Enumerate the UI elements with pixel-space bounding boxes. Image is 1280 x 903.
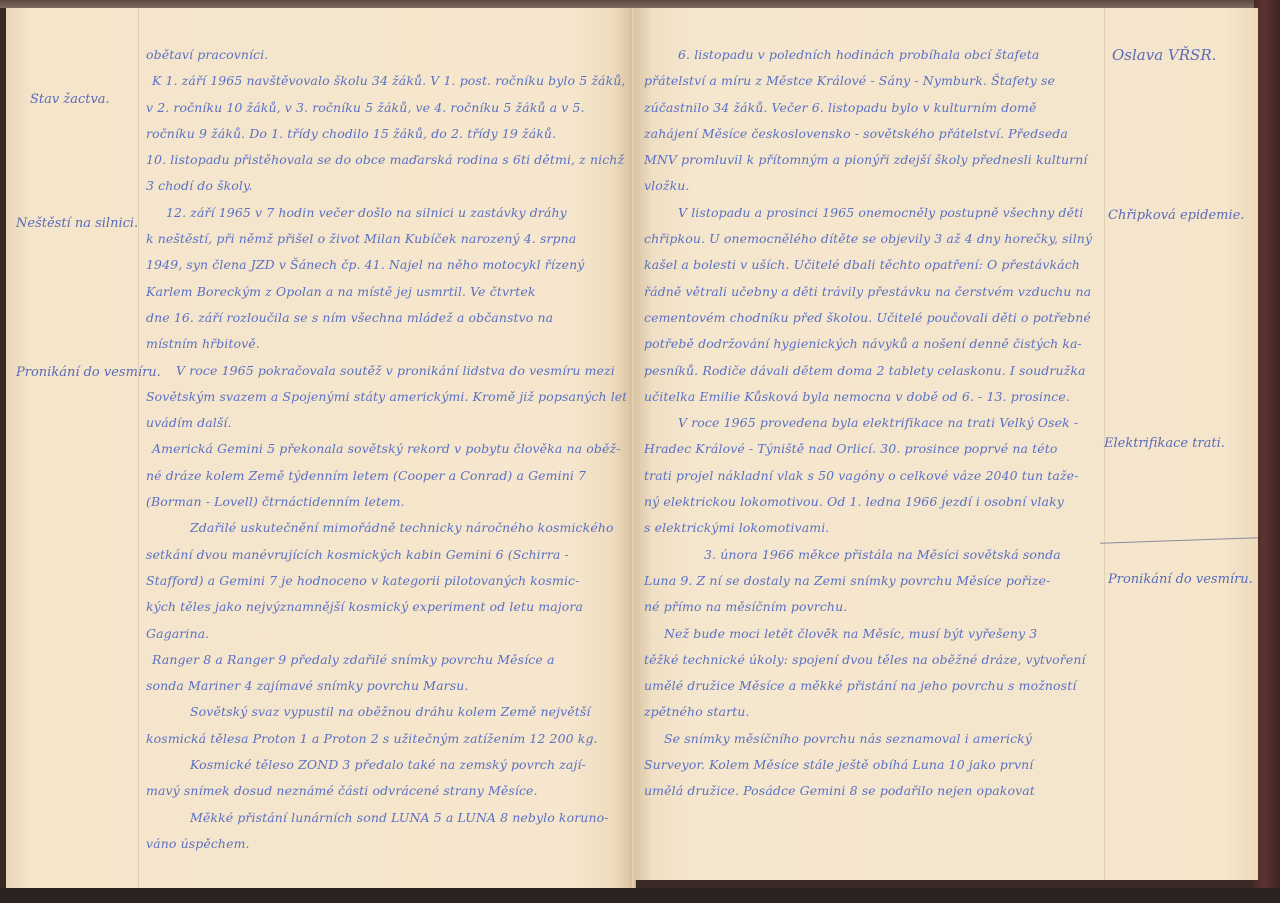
text-line: řádně větrali učebny a děti trávily přes… [644,279,1096,305]
margin-note-oslava-vrsr: Oslava VŘSR. [1112,46,1216,64]
text-line: dne 16. září rozloučila se s ním všechna… [146,305,626,331]
text-line: Sovětský svaz vypustil na oběžnou dráhu … [146,699,626,725]
right-page: Oslava VŘSR. Chřipková epidemie. Elektri… [634,8,1258,880]
text-line: Kosmické těleso ZOND 3 předalo také na z… [146,752,626,778]
text-line: kých těles jako nejvýznamnější kosmický … [146,594,626,620]
text-line: obětaví pracovníci. [146,42,626,68]
text-line: 3. února 1966 měkce přistála na Měsíci s… [644,542,1096,568]
text-line: Měkké přistání lunárních sond LUNA 5 a L… [146,805,626,831]
text-line: Než bude moci letět člověk na Měsíc, mus… [644,621,1096,647]
margin-note-chripkova-epidemie: Chřipková epidemie. [1108,208,1244,223]
book-bottom-shadow [0,888,1280,903]
text-line: chřipkou. U onemocnělého dítěte se objev… [644,226,1096,252]
text-line: v 2. ročníku 10 žáků, v 3. ročníku 5 žák… [146,95,626,121]
text-line: k neštěstí, při němž přišel o život Mila… [146,226,626,252]
text-line: pesníků. Rodiče dávali dětem doma 2 tabl… [644,358,1096,384]
margin-note-pronikani-do-vesmiru: Pronikání do vesmíru. [16,365,161,380]
text-line: Karlem Boreckým z Opolan a na místě jej … [146,279,626,305]
text-line: Zdařilé uskutečnění mimořádně technicky … [146,515,626,541]
text-line: Americká Gemini 5 překonala sovětský rek… [146,436,626,462]
book-spread: Stav žactva. Neštěstí na silnici. Pronik… [0,0,1280,903]
text-line: učitelka Emilie Kůsková byla nemocna v d… [644,384,1096,410]
text-line: zpětného startu. [644,699,1096,725]
text-line: váno úspěchem. [146,831,626,857]
right-page-handwritten-text: 6. listopadu v poledních hodinách probíh… [644,42,1096,805]
margin-rule [138,8,139,888]
text-line: Luna 9. Z ní se dostaly na Zemi snímky p… [644,568,1096,594]
left-page-handwritten-text: obětaví pracovníci. K 1. září 1965 navšt… [146,42,626,857]
text-line: sonda Mariner 4 zajímavé snímky povrchu … [146,673,626,699]
text-line: 12. září 1965 v 7 hodin večer došlo na s… [146,200,626,226]
text-line: ný elektrickou lokomotivou. Od 1. ledna … [644,489,1096,515]
text-line: né dráze kolem Země týdenním letem (Coop… [146,463,626,489]
text-line: MNV promluvil k přítomným a pionýři zdej… [644,147,1096,173]
text-line: K 1. září 1965 navštěvovalo školu 34 žák… [146,68,626,94]
text-line: s elektrickými lokomotivami. [644,515,1096,541]
text-line: V roce 1965 pokračovala soutěž v proniká… [146,358,626,384]
text-line: 10. listopadu přistěhovala se do obce ma… [146,147,626,173]
margin-note-nestesti-na-silnici: Neštěstí na silnici. [16,216,138,231]
text-line: zahájení Měsíce československo - sovětsk… [644,121,1096,147]
left-page: Stav žactva. Neštěstí na silnici. Pronik… [6,8,632,888]
text-line: 3 chodí do školy. [146,173,626,199]
book-cover-top-edge [0,0,1280,8]
text-line: V listopadu a prosinci 1965 onemocněly p… [644,200,1096,226]
text-line: kosmická tělesa Proton 1 a Proton 2 s už… [146,726,626,752]
text-line: Gagarina. [146,621,626,647]
text-line: Hradec Králové - Týniště nad Orlicí. 30.… [644,436,1096,462]
margin-note-stav-zactva: Stav žactva. [30,92,110,107]
text-line: cementovém chodníku před školou. Učitelé… [644,305,1096,331]
text-line: Stafford) a Gemini 7 je hodnoceno v kate… [146,568,626,594]
text-line: Surveyor. Kolem Měsíce stále ještě obíhá… [644,752,1096,778]
margin-note-pronikani-do-vesmiru: Pronikání do vesmíru. [1108,572,1253,587]
text-line: mavý snímek dosud neznámé části odvrácen… [146,778,626,804]
text-line: V roce 1965 provedena byla elektrifikace… [644,410,1096,436]
text-line: umělá družice. Posádce Gemini 8 se podař… [644,778,1096,804]
text-line: 1949, syn člena JZD v Šánech čp. 41. Naj… [146,252,626,278]
text-line: těžké technické úkoly: spojení dvou těle… [644,647,1096,673]
text-line: Se snímky měsíčního povrchu nás seznamov… [644,726,1096,752]
text-line: uvádím další. [146,410,626,436]
text-line: 6. listopadu v poledních hodinách probíh… [644,42,1096,68]
text-line: umělé družice Měsíce a měkké přistání na… [644,673,1096,699]
text-line: zúčastnilo 34 žáků. Večer 6. listopadu b… [644,95,1096,121]
text-line: potřebě dodržování hygienických návyků a… [644,331,1096,357]
text-line: kašel a bolesti v uších. Učitelé dbali t… [644,252,1096,278]
text-line: Ranger 8 a Ranger 9 předaly zdařilé sním… [146,647,626,673]
text-line: přátelství a míru z Městce Králové - Sán… [644,68,1096,94]
text-line: (Borman - Lovell) čtrnáctidenním letem. [146,489,626,515]
text-line: setkání dvou manévrujících kosmických ka… [146,542,626,568]
margin-note-elektrifikace-trati: Elektrifikace trati. [1104,436,1225,451]
text-line: vložku. [644,173,1096,199]
text-line: místním hřbitově. [146,331,626,357]
text-line: trati projel nákladní vlak s 50 vagóny o… [644,463,1096,489]
text-line: ročníku 9 žáků. Do 1. třídy chodilo 15 ž… [146,121,626,147]
text-line: Sovětským svazem a Spojenými státy ameri… [146,384,626,410]
text-line: né přímo na měsíčním povrchu. [644,594,1096,620]
margin-divider-line [1100,537,1258,544]
